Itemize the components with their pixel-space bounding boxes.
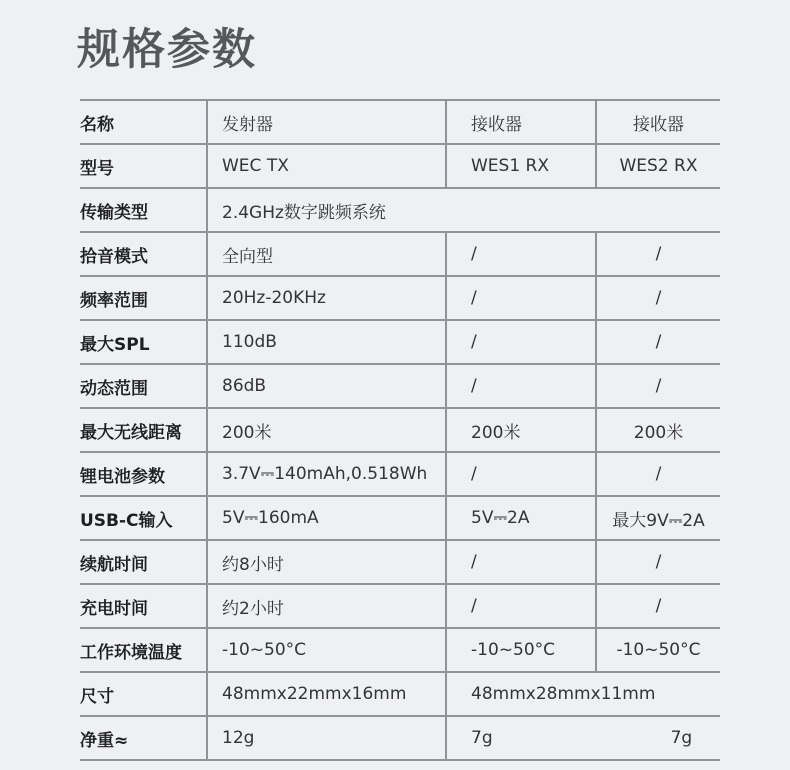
row-label: 尺寸 [80,672,207,716]
row-label: 频率范围 [80,276,207,320]
rx2-value: -10~50°C [596,628,720,672]
rx1-value: / [446,276,596,320]
table-row: 频率范围 20Hz-20KHz / / [80,276,720,320]
table-row: 锂电池参数 3.7V⎓140mAh,0.518Wh / / [80,452,720,496]
row-label: 续航时间 [80,540,207,584]
rx1-value: / [446,540,596,584]
rx2-value: WES2 RX [596,144,720,188]
row-label: 充电时间 [80,584,207,628]
rx1-value: -10~50°C [446,628,596,672]
tx-value: 约8小时 [207,540,446,584]
row-label: 型号 [80,144,207,188]
tx-value: 48mmx22mmx16mm [207,672,446,716]
table-row: 净重≈ 12g 7g7g [80,716,720,760]
tx-value: 3.7V⎓140mAh,0.518Wh [207,452,446,496]
rx2-value: 接收器 [596,100,720,144]
table-row: 续航时间 约8小时 / / [80,540,720,584]
row-label: 名称 [80,100,207,144]
tx-value: 全向型 [207,232,446,276]
rx1-value: / [446,232,596,276]
row-label: 最大无线距离 [80,408,207,452]
rx2-value: / [596,320,720,364]
rx1-value: 7g [471,728,493,748]
rx2-value: / [596,232,720,276]
row-label: 最大SPL [80,320,207,364]
table-row: 最大无线距离 200米 200米 200米 [80,408,720,452]
table-row: 传输类型 2.4GHz数字跳频系统 [80,188,720,232]
table-row: 工作环境温度 -10~50°C -10~50°C -10~50°C [80,628,720,672]
row-label: USB-C输入 [80,496,207,540]
table-row: 拾音模式 全向型 / / [80,232,720,276]
tx-value: 约2小时 [207,584,446,628]
tx-value: WEC TX [207,144,446,188]
tx-value: 200米 [207,408,446,452]
tx-value: 5V⎓160mA [207,496,446,540]
tx-value: 86dB [207,364,446,408]
rx-weight-cell: 7g7g [446,716,720,760]
rx1-value: WES1 RX [446,144,596,188]
row-label: 工作环境温度 [80,628,207,672]
rx1-value: / [446,452,596,496]
table-row: 最大SPL 110dB / / [80,320,720,364]
rx2-value: / [596,540,720,584]
rx1-value: 200米 [446,408,596,452]
rx1-value: 5V⎓2A [446,496,596,540]
table-row: 动态范围 86dB / / [80,364,720,408]
row-label: 动态范围 [80,364,207,408]
table-row: 型号 WEC TX WES1 RX WES2 RX [80,144,720,188]
rx1-value: / [446,584,596,628]
rx2-value: / [596,364,720,408]
table-row: USB-C输入 5V⎓160mA 5V⎓2A 最大9V⎓2A [80,496,720,540]
rx1-value: / [446,364,596,408]
table-row: 名称 发射器 接收器 接收器 [80,100,720,144]
rx1-value: 接收器 [446,100,596,144]
table-row: 尺寸 48mmx22mmx16mm 48mmx28mmx11mm [80,672,720,716]
page-title: 规格参数 [77,22,257,78]
rx2-value: / [596,584,720,628]
row-label: 拾音模式 [80,232,207,276]
tx-value: -10~50°C [207,628,446,672]
tx-value: 110dB [207,320,446,364]
row-label: 传输类型 [80,188,207,232]
tx-value: 12g [207,716,446,760]
rx1-value: / [446,320,596,364]
tx-value: 发射器 [207,100,446,144]
table-row: 充电时间 约2小时 / / [80,584,720,628]
shared-value: 2.4GHz数字跳频系统 [207,188,720,232]
rx2-value: 7g [493,728,693,748]
rx2-value: 200米 [596,408,720,452]
rx-shared-value: 48mmx28mmx11mm [446,672,720,716]
tx-value: 20Hz-20KHz [207,276,446,320]
rx2-value: 最大9V⎓2A [596,496,720,540]
rx2-value: / [596,452,720,496]
spec-table: 名称 发射器 接收器 接收器 型号 WEC TX WES1 RX WES2 RX… [80,99,720,761]
row-label: 锂电池参数 [80,452,207,496]
row-label: 净重≈ [80,716,207,760]
rx2-value: / [596,276,720,320]
